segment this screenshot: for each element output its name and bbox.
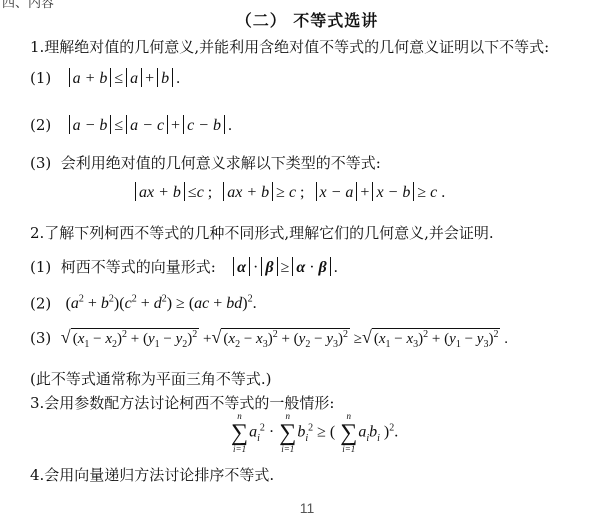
item-4-text: 4.会用向量递归方法讨论排序不等式. <box>30 464 274 485</box>
item-1-sub-1-label: (1) <box>30 69 51 87</box>
item-3-text: 3.会用参数配方法讨论柯西不等式的一般情形: <box>30 392 334 413</box>
page-number: 11 <box>0 500 614 516</box>
item-1-sub-3-label: (3) <box>30 154 51 172</box>
item-2-text: 2.了解下列柯西不等式的几种不同形式,理解它们的几何意义,并会证明. <box>30 222 494 243</box>
item-2-sub-1-text: 柯西不等式的向量形式: <box>61 258 216 276</box>
formula-triangle-inequality: √(x1 − x2)2 + (y1 − y2)2 +√(x2 − x3)2 + … <box>61 331 508 347</box>
section-title: （二） 不等式选讲 <box>0 8 614 31</box>
item-2-sub-2: (2) (a2 + b2)(c2 + d2) ≥ (ac + bd)2. <box>30 294 257 313</box>
item-1-sub-3-text: 会利用绝对值的几何意义求解以下类型的不等式: <box>61 154 381 172</box>
item-1-sub-3: (3) 会利用绝对值的几何意义求解以下类型的不等式: <box>30 152 381 173</box>
formula-abs-triangle: a + b≤a+b. <box>66 70 181 87</box>
item-2-sub-3-label: (3) <box>30 329 51 347</box>
formula-abs-types: ax + b≤c ; ax + b≥ c ; x − a+x − b≥ c . <box>132 182 445 202</box>
formula-cauchy-vector: α·β≥α · β. <box>230 259 338 276</box>
formula-cauchy-2d: (a2 + b2)(c2 + d2) ≥ (ac + bd)2. <box>66 295 257 312</box>
item-1-text: 1.理解绝对值的几何意义,并能利用含绝对值不等式的几何意义证明以下不等式: <box>30 36 549 57</box>
item-2-sub-3: (3) √(x1 − x2)2 + (y1 − y2)2 +√(x2 − x3)… <box>30 327 508 350</box>
item-2-note: (此不等式通常称为平面三角不等式.) <box>30 368 271 389</box>
formula-cauchy-general: n∑i=1ai2 · n∑i=1bi2 ≥ ( n∑i=1aibi )2. <box>230 412 398 454</box>
item-2-sub-1-label: (1) <box>30 258 51 276</box>
item-2-sub-1: (1) 柯西不等式的向量形式: α·β≥α · β. <box>30 256 338 277</box>
item-2-sub-2-label: (2) <box>30 294 51 312</box>
item-1-sub-2-label: (2) <box>30 116 51 134</box>
item-1-sub-1: (1) a + b≤a+b. <box>30 68 180 88</box>
item-1-sub-2: (2) a − b≤a − c+c − b. <box>30 115 232 135</box>
formula-abs-three-points: a − b≤a − c+c − b. <box>66 117 232 134</box>
